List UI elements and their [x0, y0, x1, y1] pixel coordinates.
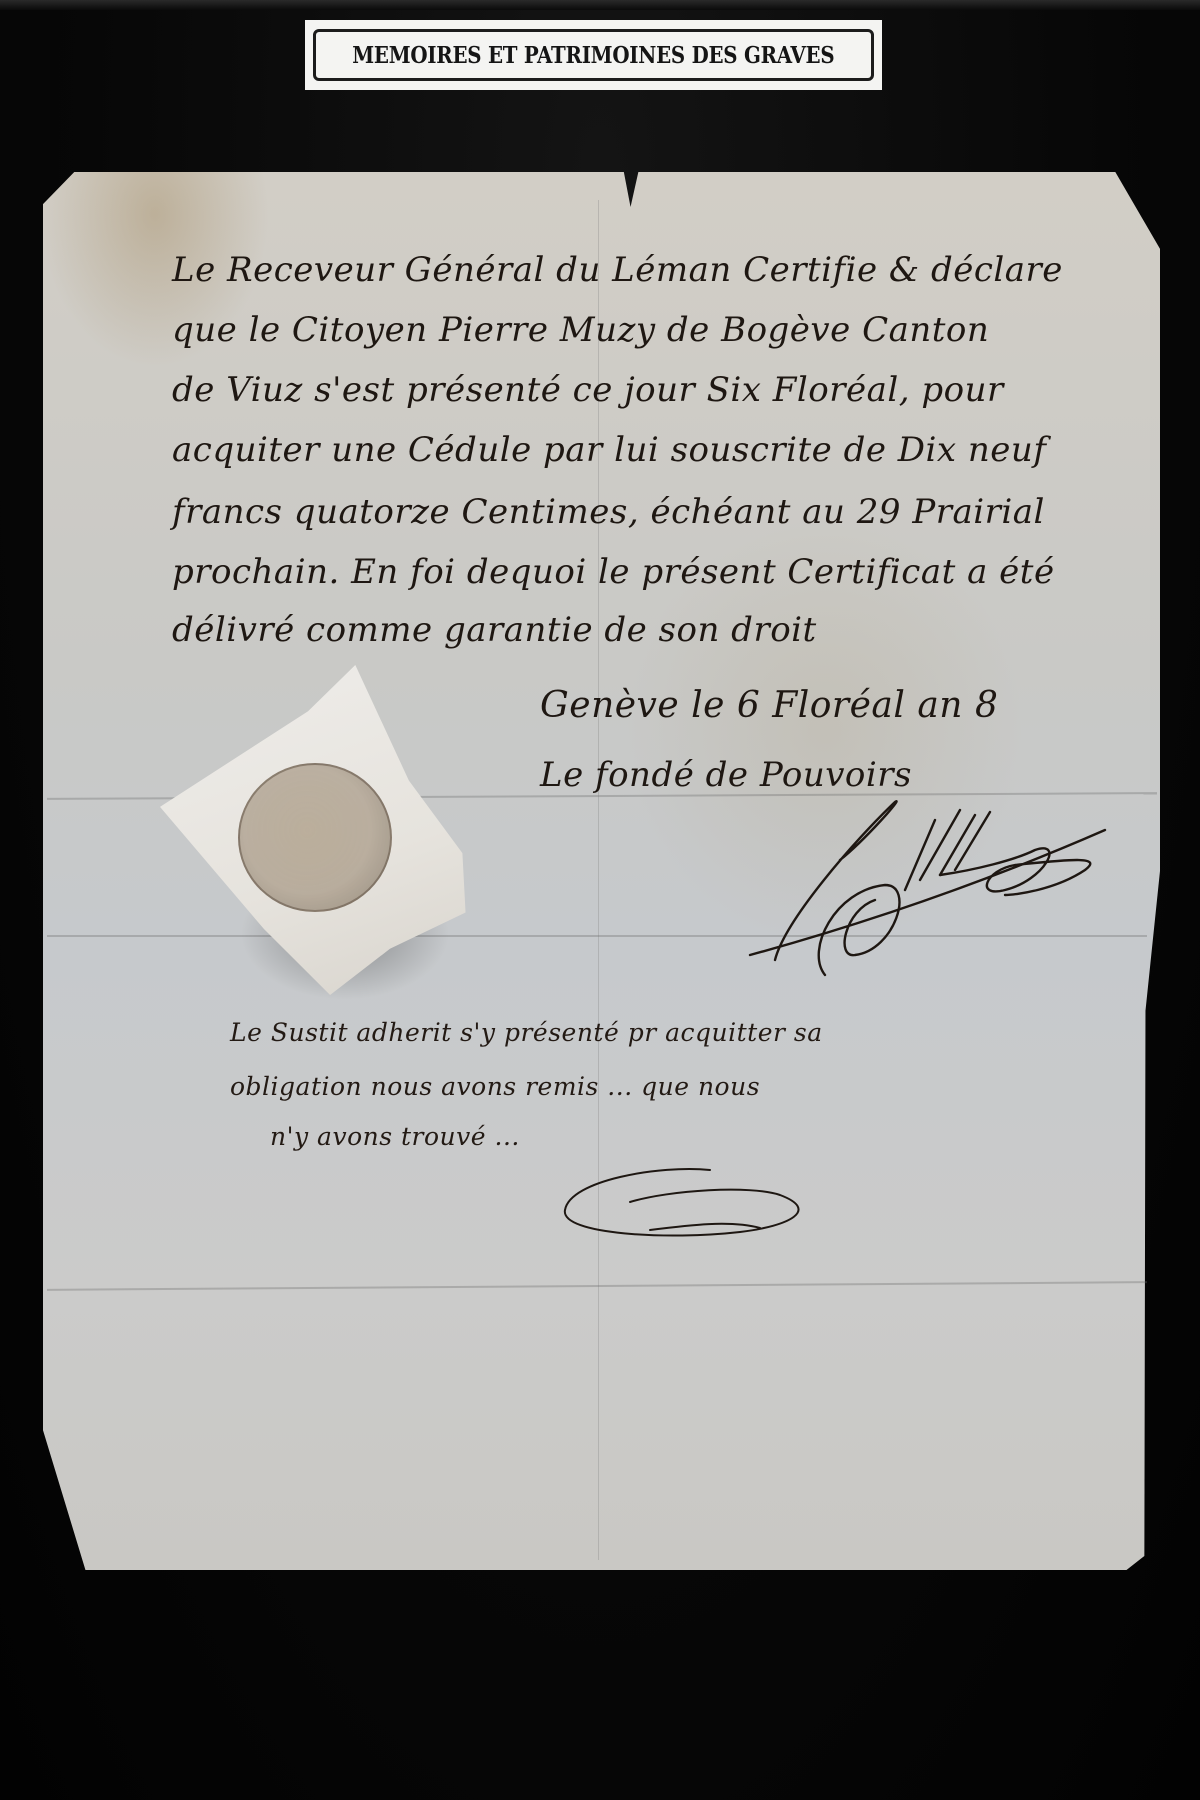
- body-line-5: francs quatorze Centimes, échéant au 29 …: [172, 492, 1045, 532]
- date-line: Genève le 6 Floréal an 8: [540, 685, 998, 726]
- annotation-line-3: n'y avons trouvé ...: [270, 1122, 520, 1151]
- archive-label-text: MEMOIRES ET PATRIMOINES DES GRAVES: [352, 42, 834, 69]
- body-line-2: que le Citoyen Pierre Muzy de Bogève Can…: [172, 310, 989, 350]
- annotation-line-2: obligation nous avons remis ... que nous: [230, 1072, 760, 1101]
- body-line-3: de Viuz s'est présenté ce jour Six Floré…: [172, 370, 1004, 410]
- body-line-6: prochain. En foi dequoi le présent Certi…: [172, 552, 1055, 592]
- annotation-line-1: Le Sustit adherit s'y présenté pr acquit…: [230, 1018, 823, 1047]
- body-line-4: acquiter une Cédule par lui souscrite de…: [172, 430, 1046, 470]
- body-line-1: Le Receveur Général du Léman Certifie & …: [172, 250, 1063, 290]
- signatory-title: Le fondé de Pouvoirs: [540, 755, 912, 795]
- body-line-7: délivré comme garantie de son droit: [172, 610, 817, 650]
- signature-icon: [745, 800, 1110, 985]
- wax-seal: [238, 763, 392, 912]
- archive-label-border: MEMOIRES ET PATRIMOINES DES GRAVES: [313, 29, 874, 81]
- archive-label: MEMOIRES ET PATRIMOINES DES GRAVES: [305, 20, 882, 90]
- frame-top-edge: [0, 0, 1200, 10]
- paraphe-flourish-icon: [560, 1160, 830, 1250]
